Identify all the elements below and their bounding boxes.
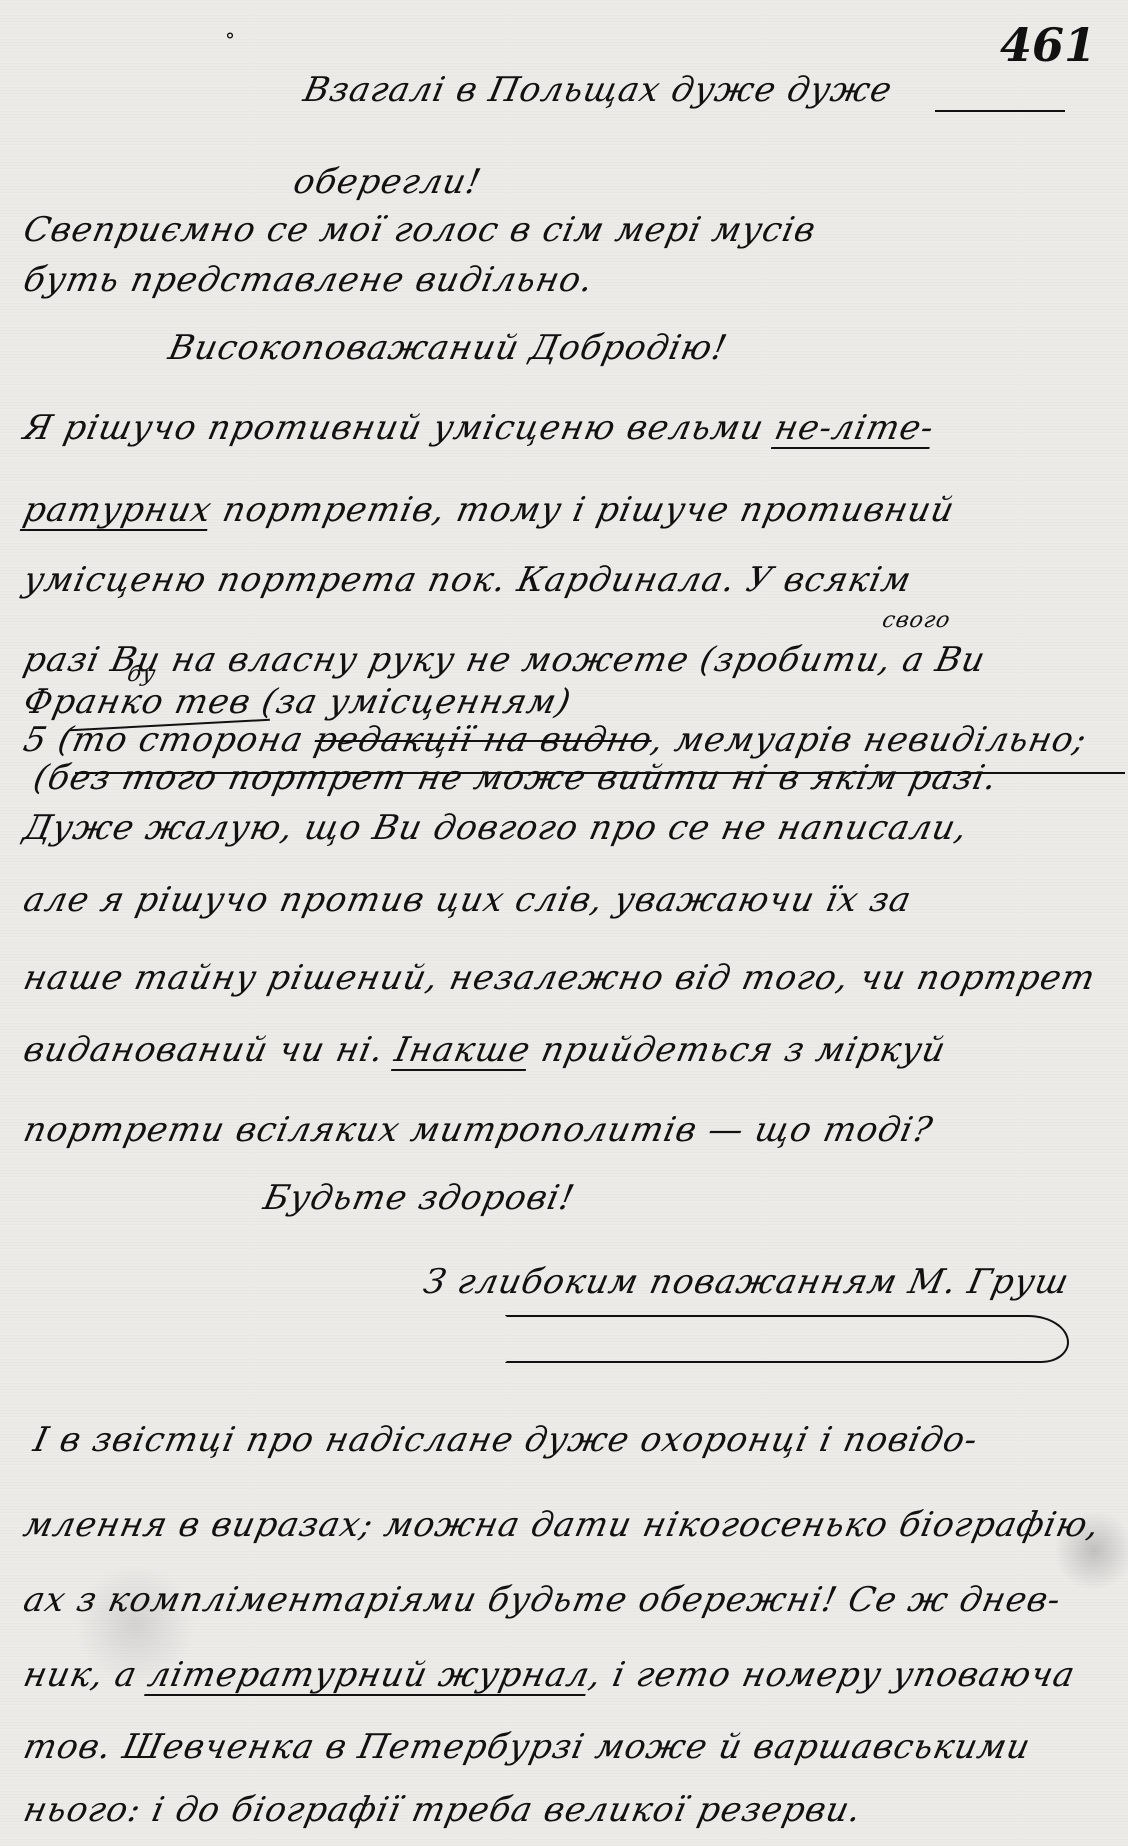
- line-15: наше тайну рішений, незалежно від того, …: [20, 958, 1099, 998]
- line-text: нього: і до біографії треба великої резе…: [20, 1790, 865, 1830]
- underlined-text: літературний журнал: [144, 1655, 594, 1695]
- line-23: ник, а літературний журнал, і гето номер…: [20, 1655, 1079, 1695]
- page-number: 461: [1000, 18, 1096, 72]
- line-text: портрети всіляких митрополитів — що тоді…: [20, 1110, 936, 1150]
- line-text: але я рішучо против цих слів, уважаючи ї…: [20, 880, 915, 920]
- line-24: тов. Шевченка в Петербурзі може й варшав…: [20, 1727, 1034, 1767]
- line-22: ах з компліментаріями будьте обережні! С…: [20, 1580, 1065, 1620]
- line-01: Взагалі в Польщах дуже дуже: [300, 70, 896, 110]
- line-text: , мемуарів невидільно;: [648, 720, 1091, 760]
- line-06: Я рішучо противний умісценю вельми не-лі…: [20, 408, 938, 448]
- line-text: наше тайну рішений, незалежно від того, …: [20, 958, 1099, 998]
- signature-line: З глибоким поважанням М. Груш: [420, 1262, 1073, 1302]
- line-text: І в звістці про надіслане дуже охоронці …: [30, 1420, 982, 1460]
- line-text: Дуже жалую, що Ви довгого про се не напи…: [20, 808, 972, 848]
- line-10: Франко тев (за умісценням): [20, 682, 575, 722]
- manuscript-page: ° 461 Взагалі в Польщах дуже дуже оберег…: [0, 0, 1128, 1846]
- line-text: виданований чи ні.: [20, 1030, 400, 1070]
- line-17: портрети всіляких митрополитів — що тоді…: [20, 1110, 936, 1150]
- line-13: Дуже жалую, що Ви довгого про се не напи…: [20, 808, 972, 848]
- struck-text: редакції на видно: [311, 720, 656, 760]
- line-03: Свеприємно се мої голос в сім мері мусів: [20, 210, 820, 250]
- line-text: прийдеться з міркуй: [526, 1030, 950, 1070]
- line-text: 5 (то сторона: [20, 720, 319, 760]
- underline: [935, 110, 1065, 112]
- signature: З глибоким поважанням М. Груш: [420, 1262, 1073, 1302]
- closing: Будьте здорові!: [260, 1178, 579, 1218]
- line-text: умісценю портрета пок. Кардинала. У всяк…: [20, 560, 915, 600]
- line-text: , і гето номеру уповаюча: [585, 1655, 1079, 1695]
- line-text: тов. Шевченка в Петербурзі може й варшав…: [20, 1727, 1034, 1767]
- line-text: разі Ви на власну руку не можете (зробит…: [20, 640, 989, 680]
- line-25: нього: і до біографії треба великої резе…: [20, 1790, 865, 1830]
- line-text: Будьте здорові!: [260, 1178, 579, 1218]
- underline: [75, 772, 1125, 774]
- line-text: Взагалі в Польщах дуже дуже: [300, 70, 896, 110]
- line-21: млення в виразах; можна дати нікогосеньк…: [20, 1505, 1104, 1545]
- line-12: (без того портрет не може вийти ні в які…: [30, 758, 1001, 798]
- line-text: Франко тев (за умісценням): [20, 682, 575, 722]
- line-07: ратурних портретів, тому і рішуче против…: [20, 490, 958, 530]
- line-14: але я рішучо против цих слів, уважаючи ї…: [20, 880, 915, 920]
- signature-flourish: [505, 1315, 1069, 1363]
- line-08: умісценю портрета пок. Кардинала. У всяк…: [20, 560, 915, 600]
- underlined-text: ратурних: [20, 490, 216, 530]
- line-text: Я рішучо противний умісценю вельми: [20, 408, 780, 448]
- underlined-text: не-літе-: [771, 408, 938, 448]
- line-text: ах з компліментаріями будьте обережні! С…: [20, 1580, 1065, 1620]
- line-text: оберегли!: [290, 162, 485, 202]
- line-text: (без того портрет не може вийти ні в які…: [30, 758, 1001, 798]
- line-02: оберегли!: [290, 162, 485, 202]
- underlined-text: Інакше: [391, 1030, 534, 1070]
- line-16: виданований чи ні. Інакше прийдеться з м…: [20, 1030, 950, 1070]
- line-text: Високоповажаний Добродію!: [165, 328, 731, 368]
- line-text: свого: [880, 608, 953, 633]
- line-09: разі Ви на власну руку не можете (зробит…: [20, 640, 989, 680]
- line-11: 5 (то сторона редакції на видно, мемуарі…: [20, 720, 1091, 760]
- line-04: буть представлене видільно.: [20, 260, 597, 300]
- line-text: портретів, тому і рішуче противний: [207, 490, 958, 530]
- line-text: ник, а: [20, 1655, 153, 1695]
- line-text: буть представлене видільно.: [20, 260, 597, 300]
- line-20: І в звістці про надіслане дуже охоронці …: [30, 1420, 982, 1460]
- line-text: Свеприємно се мої голос в сім мері мусів: [20, 210, 820, 250]
- salutation: Високоповажаний Добродію!: [165, 328, 731, 368]
- line-text: млення в виразах; можна дати нікогосеньк…: [20, 1505, 1104, 1545]
- insertion-above: свого: [880, 608, 953, 633]
- ink-mark: °: [225, 28, 235, 52]
